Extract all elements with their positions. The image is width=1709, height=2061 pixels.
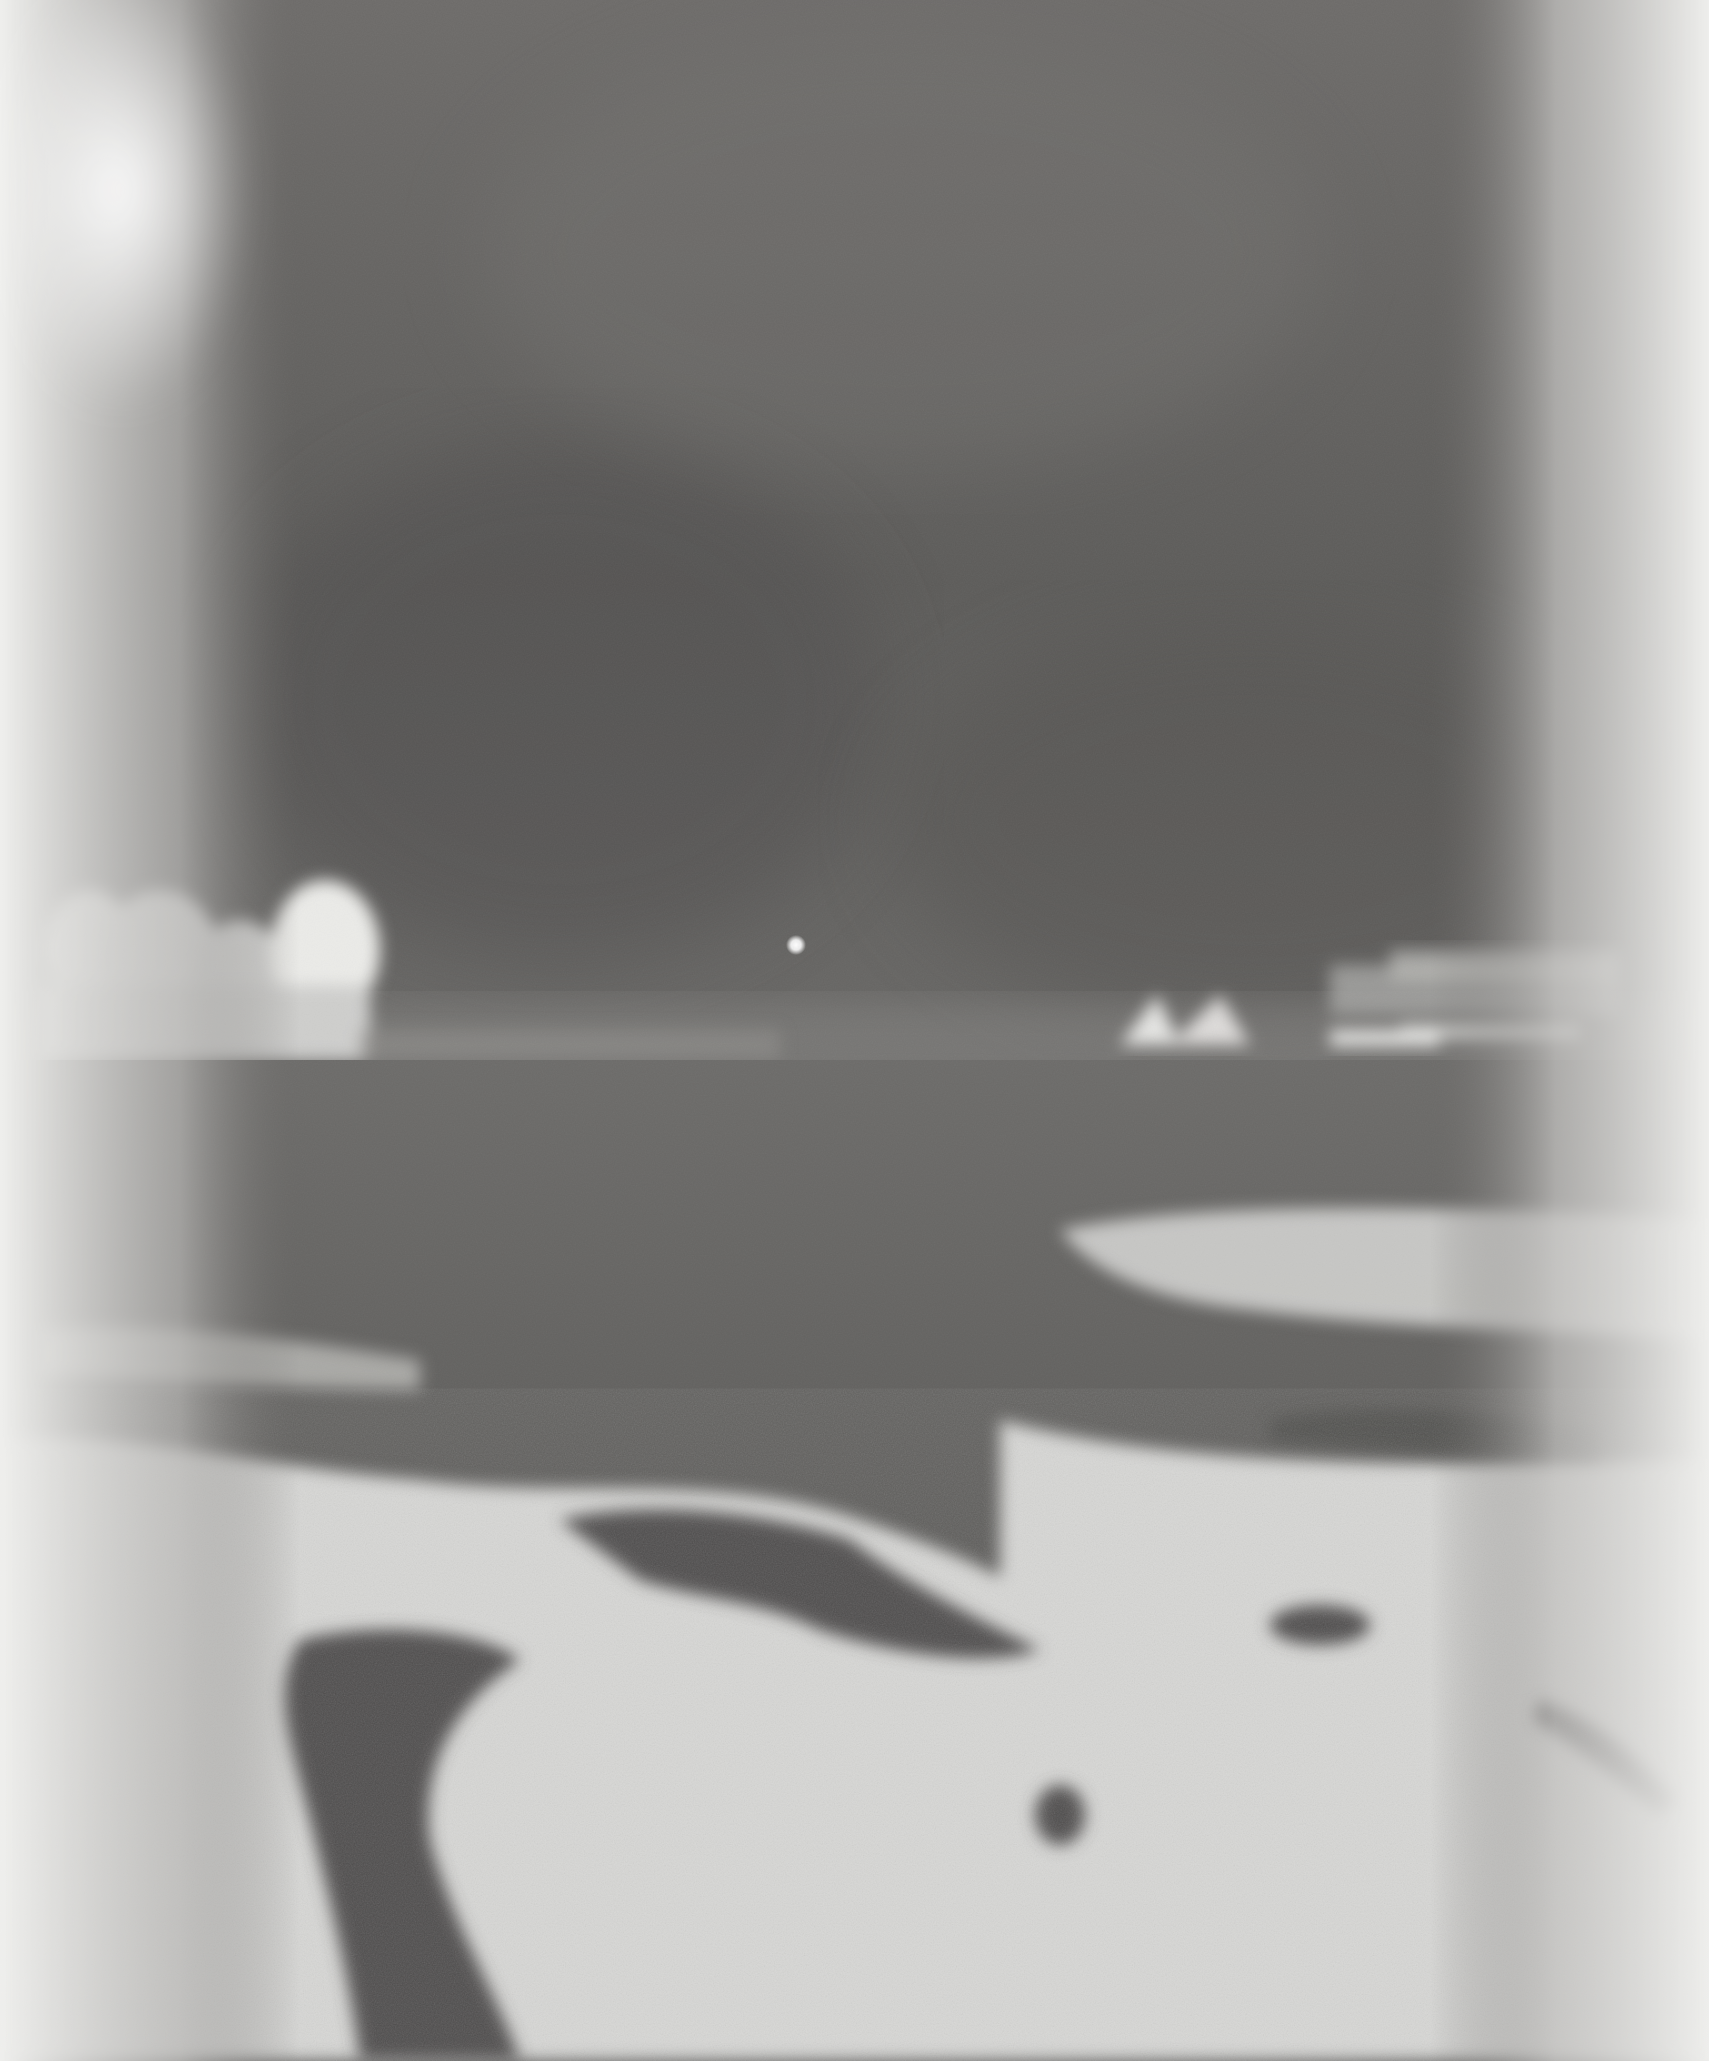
- paper-edge-right: [1430, 0, 1709, 2061]
- photo-render: [0, 0, 1709, 2061]
- photograph: Monochrome paper-negative print of a lak…: [0, 0, 1709, 2061]
